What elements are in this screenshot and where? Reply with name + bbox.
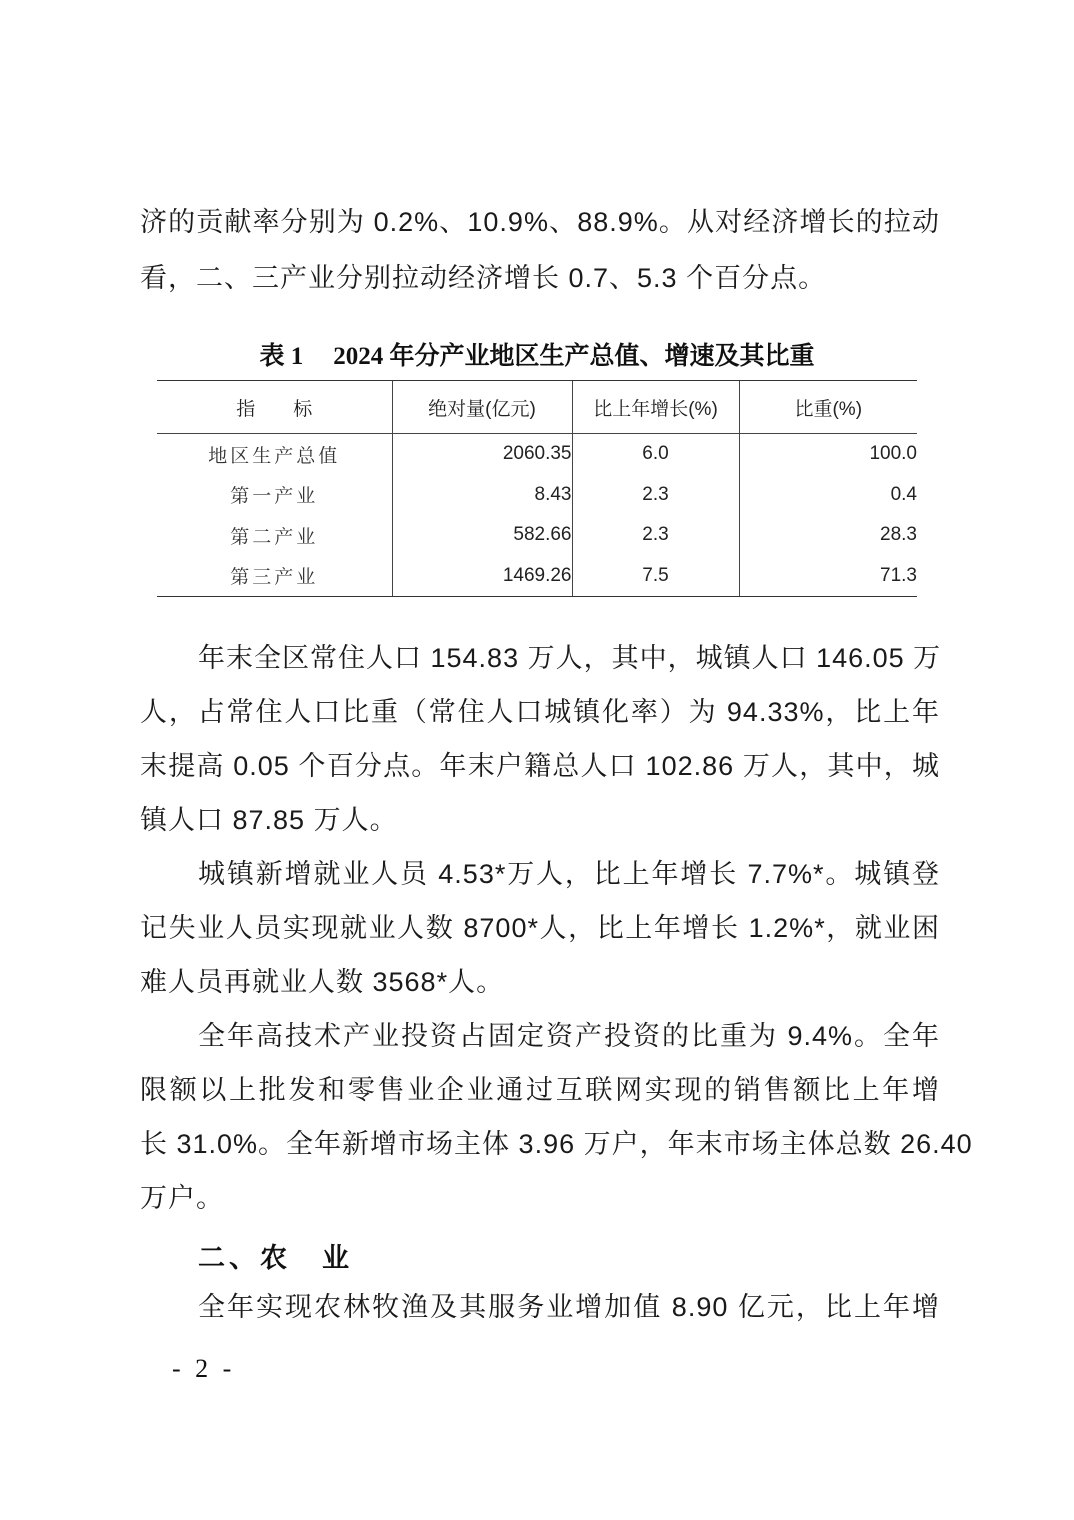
table-caption-label: 表 1 <box>259 343 303 370</box>
paragraph-line: 人，占常住人口比重（常住人口城镇化率）为 94.33%，比上年 <box>140 695 940 729</box>
row-label: 第一产业 <box>157 475 392 516</box>
row-value: 582.66 <box>392 515 572 556</box>
paragraph-line: 看，二、三产业分别拉动经济增长 0.7、5.3 个百分点。 <box>140 261 940 295</box>
paragraph-line: 镇人口 87.85 万人。 <box>140 803 940 837</box>
paragraph-line: 记失业人员实现就业人数 8700*人，比上年增长 1.2%*，就业困 <box>140 911 940 945</box>
table-header-row: 指 标 绝对量(亿元) 比上年增长(%) 比重(%) <box>157 381 917 434</box>
table-row: 第二产业 582.66 2.3 28.3 <box>157 515 917 556</box>
row-value: 2060.35 <box>392 434 572 475</box>
page-number: - 2 - <box>172 1354 235 1384</box>
row-growth: 6.0 <box>572 434 739 475</box>
paragraph-line: 末提高 0.05 个百分点。年末户籍总人口 102.86 万人，其中，城 <box>140 749 940 783</box>
gdp-table: 指 标 绝对量(亿元) 比上年增长(%) 比重(%) 地区生产总值 2060.3… <box>157 380 917 597</box>
paragraph-line: 难人员再就业人数 3568*人。 <box>140 965 940 999</box>
table-row: 第三产业 1469.26 7.5 71.3 <box>157 556 917 597</box>
row-label: 第二产业 <box>157 515 392 556</box>
paragraph-line: 济的贡献率分别为 0.2%、10.9%、88.9%。从对经济增长的拉动 <box>140 205 940 239</box>
row-growth: 7.5 <box>572 556 739 597</box>
paragraph-line: 万户。 <box>140 1181 940 1215</box>
paragraph-line: 年末全区常住人口 154.83 万人，其中，城镇人口 146.05 万 <box>198 641 940 675</box>
row-growth: 2.3 <box>572 515 739 556</box>
row-value: 1469.26 <box>392 556 572 597</box>
column-header-indicator: 指 标 <box>157 381 392 434</box>
table-row: 第一产业 8.43 2.3 0.4 <box>157 475 917 516</box>
table-caption: 表 12024 年分产业地区生产总值、增速及其比重 <box>0 336 1074 372</box>
column-header-growth: 比上年增长(%) <box>572 381 739 434</box>
table-caption-title: 2024 年分产业地区生产总值、增速及其比重 <box>333 343 814 370</box>
row-share: 71.3 <box>739 556 917 597</box>
section-heading: 二、农 业 <box>198 1236 353 1275</box>
row-share: 0.4 <box>739 475 917 516</box>
paragraph-line: 限额以上批发和零售业企业通过互联网实现的销售额比上年增 <box>140 1073 940 1107</box>
column-header-value: 绝对量(亿元) <box>392 381 572 434</box>
row-label: 第三产业 <box>157 556 392 597</box>
column-header-share: 比重(%) <box>739 381 917 434</box>
paragraph-line: 城镇新增就业人员 4.53*万人，比上年增长 7.7%*。城镇登 <box>198 857 940 891</box>
paragraph-line: 全年高技术产业投资占固定资产投资的比重为 9.4%。全年 <box>198 1019 940 1053</box>
row-growth: 2.3 <box>572 475 739 516</box>
row-share: 100.0 <box>739 434 917 475</box>
row-share: 28.3 <box>739 515 917 556</box>
table-row: 地区生产总值 2060.35 6.0 100.0 <box>157 434 917 475</box>
row-value: 8.43 <box>392 475 572 516</box>
row-label: 地区生产总值 <box>157 434 392 475</box>
paragraph-line: 全年实现农林牧渔及其服务业增加值 8.90 亿元，比上年增 <box>198 1290 940 1324</box>
paragraph-line: 长 31.0%。全年新增市场主体 3.96 万户，年末市场主体总数 26.40 <box>140 1127 940 1161</box>
